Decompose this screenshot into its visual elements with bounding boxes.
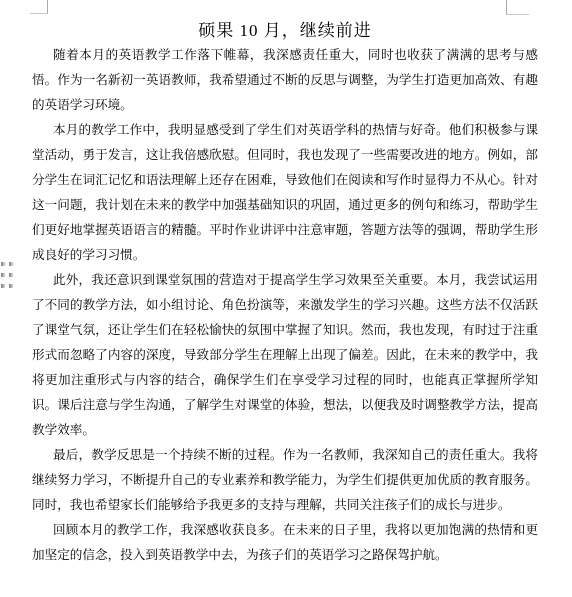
page-margin-crop-mark-top-right xyxy=(506,0,529,15)
handle-dot xyxy=(1,284,5,288)
handle-dot xyxy=(1,273,5,277)
document-title: 硕果 10 月，继续前进 xyxy=(32,19,538,43)
document-edit-area[interactable]: 硕果 10 月，继续前进 随着本月的英语教学工作落下帷幕，我深感责任重大，同时也… xyxy=(32,19,538,568)
handle-dot xyxy=(1,262,5,266)
handle-dot xyxy=(9,273,13,277)
page-margin-crop-mark-top-left xyxy=(30,0,48,14)
paragraph-teaching-work: 本月的教学工作中，我明显感受到了学生们对英语学科的热情与好奇。他们积极参与课堂活… xyxy=(32,118,538,268)
paragraph-reflection: 最后，教学反思是一个持续不断的过程。作为一名教师，我深知自己的责任重大。我将继续… xyxy=(32,443,538,518)
paragraph-intro: 随着本月的英语教学工作落下帷幕，我深感责任重大，同时也收获了满满的思考与感悟。作… xyxy=(32,43,538,118)
paragraph-classroom-atmosphere: 此外，我还意识到课堂氛围的营造对于提高学生学习效果至关重要。本月，我尝试运用了不… xyxy=(32,268,538,443)
drag-handle-dots[interactable] xyxy=(1,262,14,288)
handle-dot xyxy=(9,262,13,266)
paragraph-conclusion: 回顾本月的教学工作，我深感收获良多。在未来的日子里，我将以更加饱满的热情和更加坚… xyxy=(32,518,538,568)
document-page: 硕果 10 月，继续前进 随着本月的英语教学工作落下帷幕，我深感责任重大，同时也… xyxy=(0,0,572,597)
handle-dot xyxy=(9,284,13,288)
